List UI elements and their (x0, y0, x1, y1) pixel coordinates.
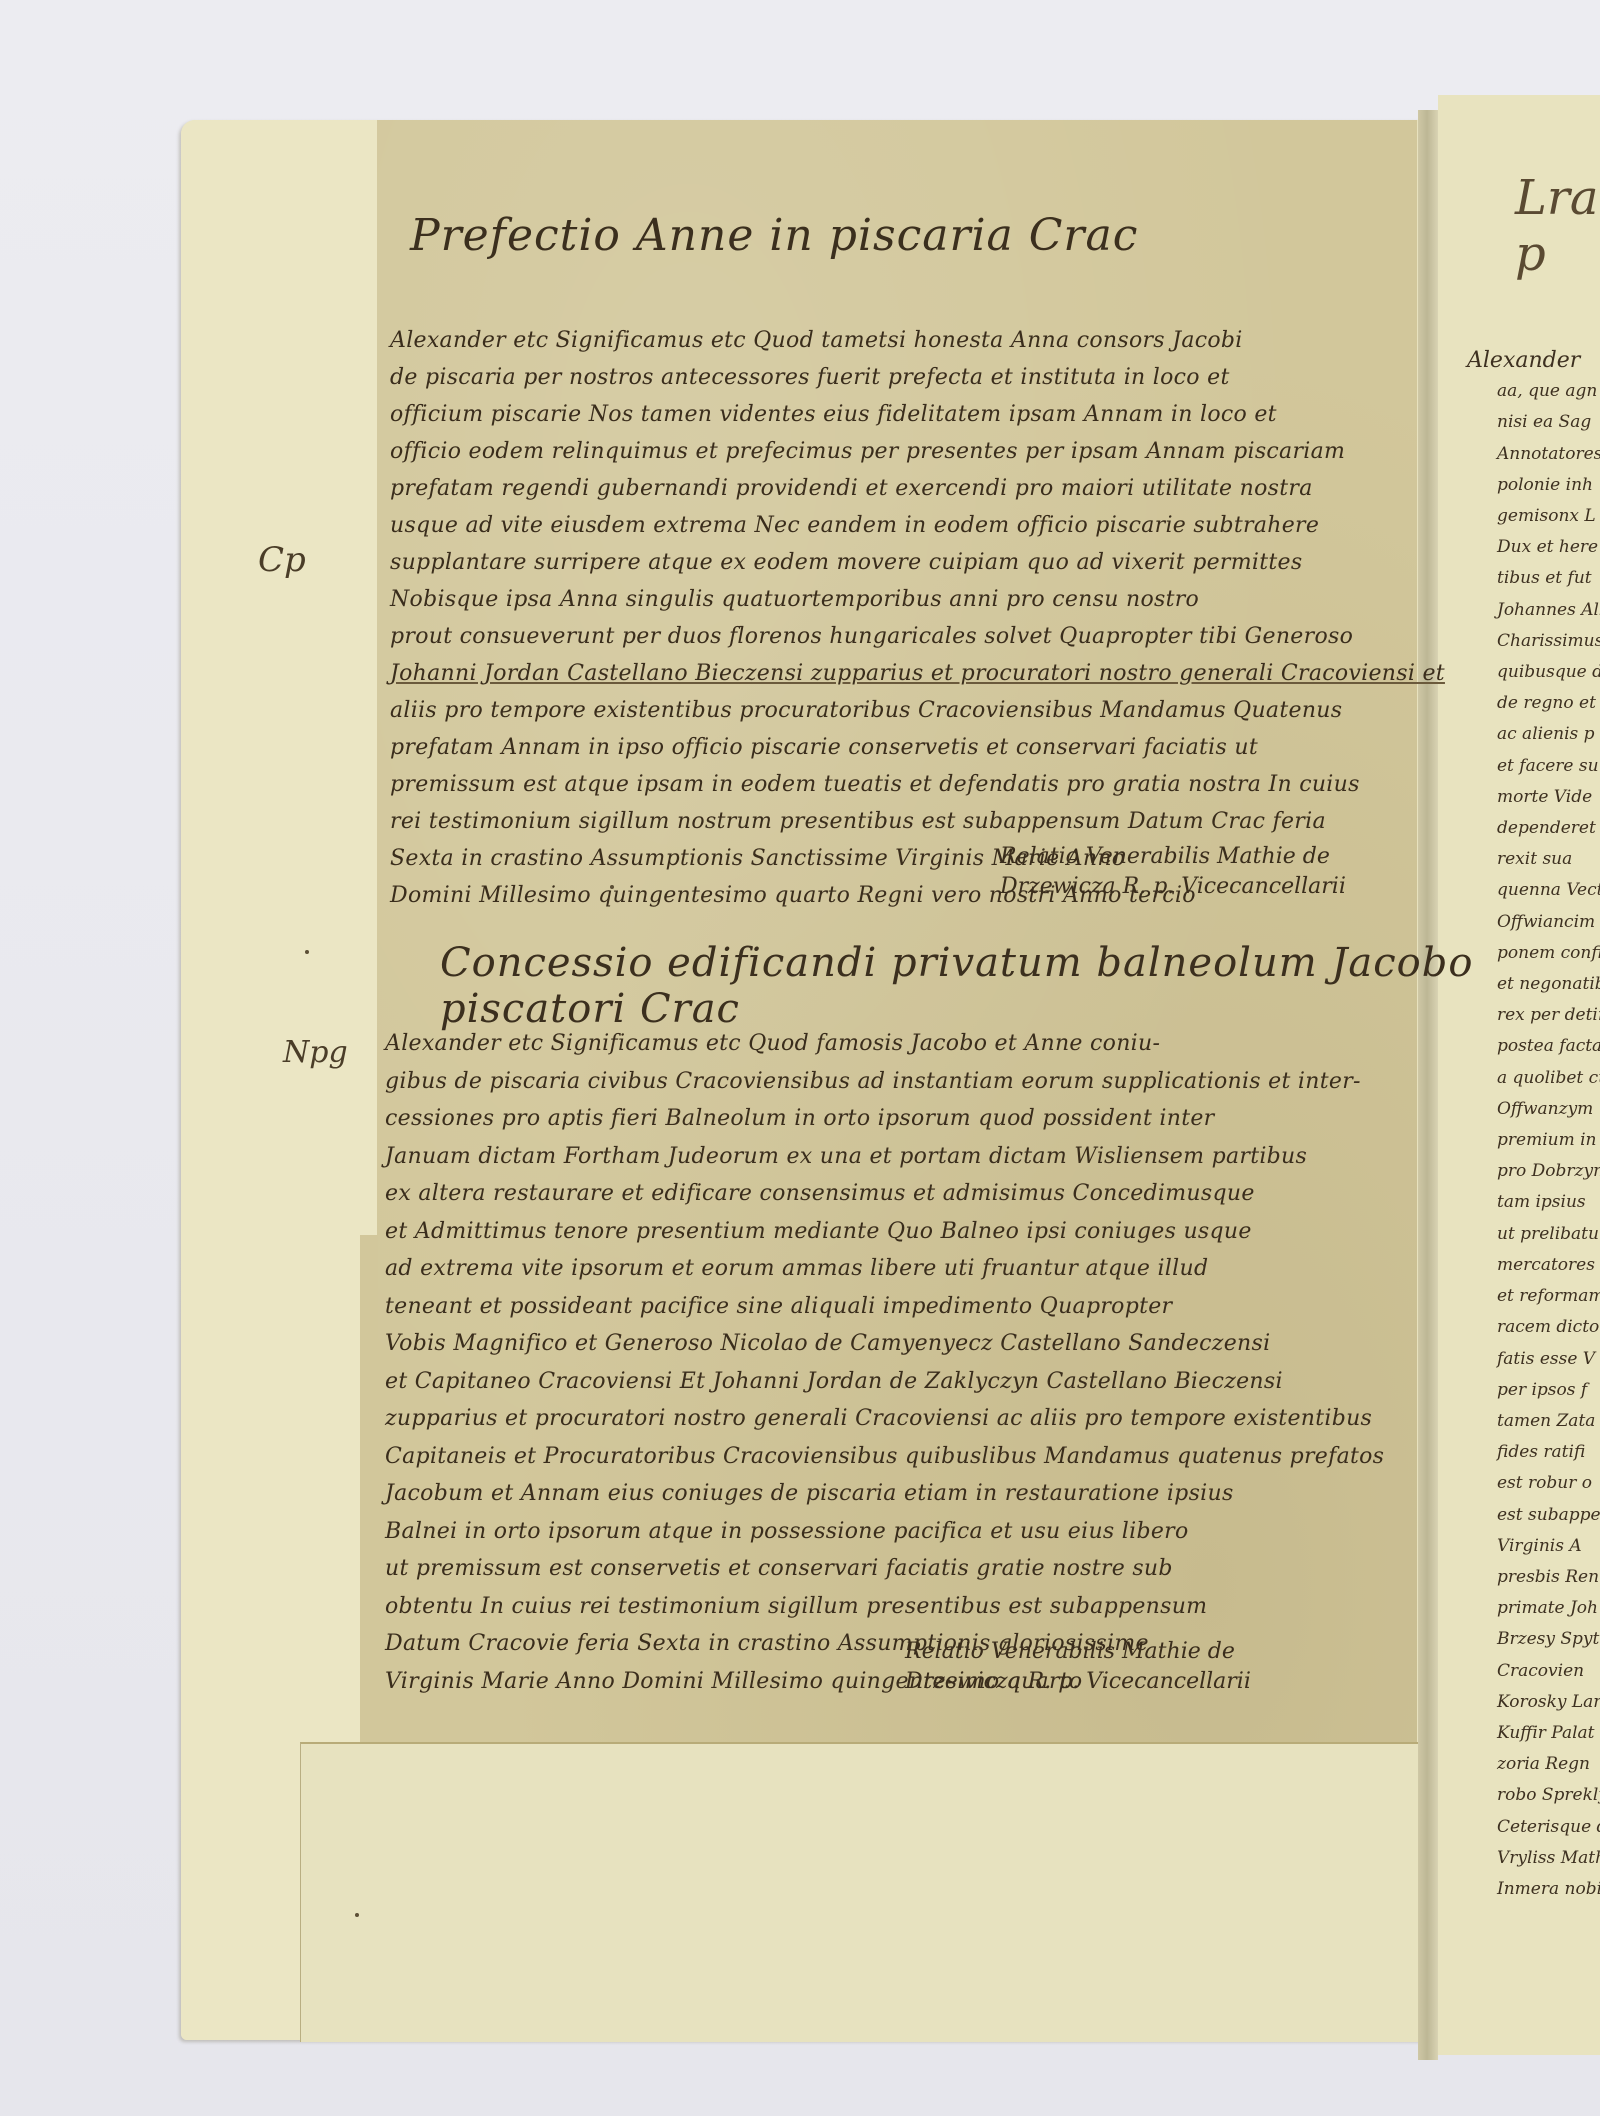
right-line: Vryliss Math (1497, 1843, 1600, 1874)
right-line: tamen Zata (1497, 1406, 1600, 1437)
entry-1-line: aliis pro tempore existentibus procurato… (390, 692, 1445, 729)
entry-1-line: prefatam regendi gubernandi providendi e… (390, 470, 1445, 507)
entry-2-line: ad extrema vite ipsorum et eorum ammas l… (385, 1250, 1384, 1288)
right-line: quenna Vect (1497, 875, 1600, 906)
right-line: gemisonx L (1497, 501, 1600, 532)
entry-1-line: Alexander etc Significamus etc Quod tame… (390, 322, 1445, 359)
entry-2-line: Vobis Magnifico et Generoso Nicolao de C… (385, 1325, 1384, 1363)
right-line: robo Sprekly (1497, 1780, 1600, 1811)
right-line: Dux et here (1497, 532, 1600, 563)
right-line: Annotatores p (1497, 439, 1600, 470)
entry-2-line: obtentu In cuius rei testimonium sigillu… (385, 1588, 1384, 1626)
ink-speck (610, 885, 614, 889)
right-line: mercatores m (1497, 1250, 1600, 1281)
left-page-repair-patch (300, 1742, 1419, 2042)
entry-1-line: officio eodem relinquimus et prefecimus … (390, 433, 1445, 470)
right-line: de regno et (1497, 688, 1600, 719)
right-line: ut prelibatu (1497, 1219, 1600, 1250)
right-line: a quolibet cu (1497, 1063, 1600, 1094)
entry-2-line: gibus de piscaria civibus Cracoviensibus… (385, 1063, 1384, 1101)
entry-2-line: Alexander etc Significamus etc Quod famo… (385, 1025, 1384, 1063)
entry-2-line: teneant et possideant pacifice sine aliq… (385, 1288, 1384, 1326)
entry-2-body: Alexander etc Significamus etc Quod famo… (385, 1025, 1384, 1700)
right-line: Alexander (1467, 345, 1600, 376)
right-line: rexit sua (1497, 844, 1600, 875)
entry-1-body: Alexander etc Significamus etc Quod tame… (390, 322, 1445, 914)
right-line: zoria Regn (1497, 1749, 1600, 1780)
right-page-text-area: Lra p Alexander aa, que agn nisi ea Sag … (1438, 95, 1600, 2055)
entry-1-heading: Prefectio Anne in piscaria Crac (410, 210, 1138, 261)
right-line: polonie inh (1497, 470, 1600, 501)
entry-2-line: Januam dictam Fortham Judeorum ex una et… (385, 1138, 1384, 1176)
entry-1-line: rei testimonium sigillum nostrum present… (390, 803, 1445, 840)
right-line: pro Dobrzyny (1497, 1156, 1600, 1187)
signature-line: Relatio Venerabilis Mathie de (1000, 842, 1346, 872)
right-line: dependeret (1497, 813, 1600, 844)
entry-2-line: et Capitaneo Cracoviensi Et Johanni Jord… (385, 1363, 1384, 1401)
right-line: fides ratifi (1497, 1437, 1600, 1468)
entry-1-line: prout consueverunt per duos florenos hun… (390, 618, 1445, 655)
right-line: et negonatib (1497, 969, 1600, 1000)
right-line: ac alienis p (1497, 719, 1600, 750)
left-page-leaf-edge (360, 1235, 378, 1750)
signature-line: Relatio Venerabilis Mathie de (905, 1637, 1251, 1667)
signature-line: Drzewicza R. p. Vicecancellarii (905, 1667, 1251, 1697)
right-line: Charissimus (1497, 626, 1600, 657)
entry-1-line: officium piscarie Nos tamen videntes eiu… (390, 396, 1445, 433)
right-line: Kuffir Palat (1497, 1718, 1600, 1749)
right-line: Korosky Lan (1497, 1687, 1600, 1718)
margin-note-2: Npg (283, 1035, 348, 1070)
entry-1-line: prefatam Annam in ipso officio piscarie … (390, 729, 1445, 766)
right-line: et facere su (1497, 751, 1600, 782)
right-line: est subappen (1497, 1500, 1600, 1531)
right-line: rex per detin (1497, 1000, 1600, 1031)
signature-line: Drzewicza R. p. Vicecancellarii (1000, 872, 1346, 902)
right-line: est robur o (1497, 1468, 1600, 1499)
right-page-lines: Alexander aa, que agn nisi ea Sag Annota… (1497, 345, 1600, 1905)
entry-2-heading: Concessio edificandi privatum balneolum … (440, 940, 1600, 1032)
entry-2-line: et Admittimus tenore presentium mediante… (385, 1213, 1384, 1251)
entry-2-line: Balnei in orto ipsorum atque in possessi… (385, 1513, 1384, 1551)
right-line: racem dicto (1497, 1312, 1600, 1343)
right-line: tibus et fut (1497, 563, 1600, 594)
right-line: presbis Ren (1497, 1562, 1600, 1593)
right-line: fatis esse V (1497, 1344, 1600, 1375)
right-page-heading: Lra p (1515, 170, 1600, 282)
right-line: morte Vide (1497, 782, 1600, 813)
right-line: Virginis A (1497, 1531, 1600, 1562)
right-line: quibusque d (1497, 657, 1600, 688)
entry-2-line: cessiones pro aptis fieri Balneolum in o… (385, 1100, 1384, 1138)
entry-1-line: premissum est atque ipsam in eodem tueat… (390, 766, 1445, 803)
right-line: Johannes Albe (1497, 595, 1600, 626)
right-line: Brzesy Spyt (1497, 1624, 1600, 1655)
entry-1-signature: Relatio Venerabilis Mathie de Drzewicza … (1000, 842, 1346, 902)
right-line: ponem confirm (1497, 938, 1600, 969)
entry-1-line: supplantare surripere atque ex eodem mov… (390, 544, 1445, 581)
entry-1-line: Nobisque ipsa Anna singulis quatuortempo… (390, 581, 1445, 618)
right-line: primate Joh (1497, 1593, 1600, 1624)
entry-2-line: Jacobum et Annam eius coniuges de piscar… (385, 1475, 1384, 1513)
ink-speck (355, 1913, 359, 1917)
entry-1-line: Johanni Jordan Castellano Bieczensi zupp… (390, 655, 1445, 692)
entry-1-line: de piscaria per nostros antecessores fue… (390, 359, 1445, 396)
right-line: Ceterisque dign (1497, 1812, 1600, 1843)
margin-note-1: Cp (258, 540, 306, 580)
right-line: Cracovien (1497, 1656, 1600, 1687)
right-line: et reformam (1497, 1281, 1600, 1312)
right-line: tam ipsius (1497, 1187, 1600, 1218)
entry-2-line: ut premissum est conservetis et conserva… (385, 1550, 1384, 1588)
right-line: premium in (1497, 1125, 1600, 1156)
right-line: postea facta (1497, 1031, 1600, 1062)
entry-2-line: ex altera restaurare et edificare consen… (385, 1175, 1384, 1213)
entry-1-line: usque ad vite eiusdem extrema Nec eandem… (390, 507, 1445, 544)
right-line: aa, que agn (1497, 376, 1600, 407)
entry-2-line: Capitaneis et Procuratoribus Cracoviensi… (385, 1438, 1384, 1476)
entry-2-line: zupparius et procuratori nostro generali… (385, 1400, 1384, 1438)
right-line: nisi ea Sag (1497, 407, 1600, 438)
right-line: Offwiancim (1497, 907, 1600, 938)
right-line: Offwanzym (1497, 1094, 1600, 1125)
right-line: Inmera nobi (1497, 1874, 1600, 1905)
right-line: per ipsos f (1497, 1375, 1600, 1406)
entry-2-signature: Relatio Venerabilis Mathie de Drzewicza … (905, 1637, 1251, 1697)
ink-speck (305, 950, 309, 954)
